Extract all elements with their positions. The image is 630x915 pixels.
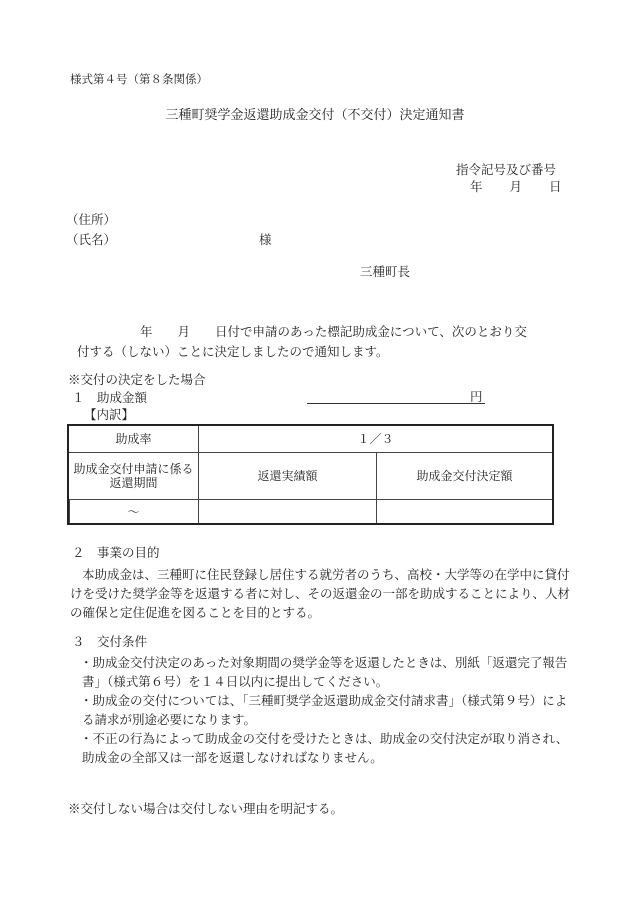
recipient-name-label: （氏名） [66, 234, 116, 247]
period-label-cell: 助成金交付申請に係る返還期間 [68, 453, 199, 500]
rate-value-cell: １／３ [199, 425, 554, 453]
decision-label-cell: 助成金交付決定額 [377, 453, 554, 500]
date-day: 日 [549, 181, 562, 194]
recipient-honorific: 様 [259, 234, 272, 247]
period-value-cell: ～ [68, 500, 199, 525]
reference-date: 年月日 [470, 181, 562, 194]
decision-value-cell [377, 500, 554, 525]
footnote: ※交付しない場合は交付しない理由を明記する。 [68, 803, 343, 816]
section2-paragraph: 本助成金は、三種町に住民登録し居住する就労者のうち、高校・大学等の在学中に貸付け… [70, 565, 570, 622]
breakdown-label: 【内訳】 [84, 409, 134, 422]
currency-unit: 円 [470, 391, 483, 404]
section3-conditions: ・助成金交付決定のあった対象期間の奨学金等を返還したときは、別紙「返還完了報告書… [72, 653, 572, 767]
notice-line-1: 年 月 日付で申請のあった標記助成金について、次のとおり交 [80, 322, 580, 342]
section2-text: 本助成金は、三種町に住民登録し居住する就労者のうち、高校・大学等の在学中に貸付け… [70, 565, 570, 622]
grant-case-heading: ※交付の決定をした場合 [68, 374, 206, 387]
document-title: 三種町奨学金返還助成金交付（不交付）決定通知書 [0, 109, 630, 122]
recipient-address-label: （住所） [66, 214, 116, 227]
reference-number-label: 指令記号及び番号 [456, 164, 556, 177]
condition-item: ・不正の行為によって助成金の交付を受けたときは、助成金の交付決定が取り消され、助… [72, 729, 572, 767]
section1-heading: １ 助成金額 [72, 392, 147, 405]
notice-text: 年 月 日付で申請のあった標記助成金について、次のとおり交 付する（しない）こと… [80, 322, 580, 362]
condition-item: ・助成金の交付については、「三種町奨学金返還助成金交付請求書」（様式第９号）によ… [72, 691, 572, 729]
table-row: 助成率 １／３ [68, 425, 553, 453]
period-label: 助成金交付申請に係る返還期間 [74, 462, 194, 490]
repaid-label-cell: 返還実績額 [199, 453, 377, 500]
amount-underline [307, 403, 485, 404]
breakdown-table: 助成率 １／３ 助成金交付申請に係る返還期間 返還実績額 助成金交付決定額 ～ [67, 424, 554, 525]
table-row: 助成金交付申請に係る返還期間 返還実績額 助成金交付決定額 [68, 453, 553, 500]
issuer: 三種町長 [360, 266, 410, 279]
table-row: ～ [68, 500, 553, 525]
section2-heading: ２ 事業の目的 [72, 547, 160, 560]
date-month: 月 [510, 181, 523, 194]
section3-heading: ３ 交付条件 [72, 636, 147, 649]
form-number: 様式第４号（第８条関係） [70, 74, 208, 86]
notice-line-2: 付する（しない）ことに決定しましたので通知します。 [77, 342, 580, 362]
date-year: 年 [470, 181, 483, 194]
condition-item: ・助成金交付決定のあった対象期間の奨学金等を返還したときは、別紙「返還完了報告書… [72, 653, 572, 691]
rate-label-cell: 助成率 [68, 425, 199, 453]
repaid-value-cell [199, 500, 377, 525]
